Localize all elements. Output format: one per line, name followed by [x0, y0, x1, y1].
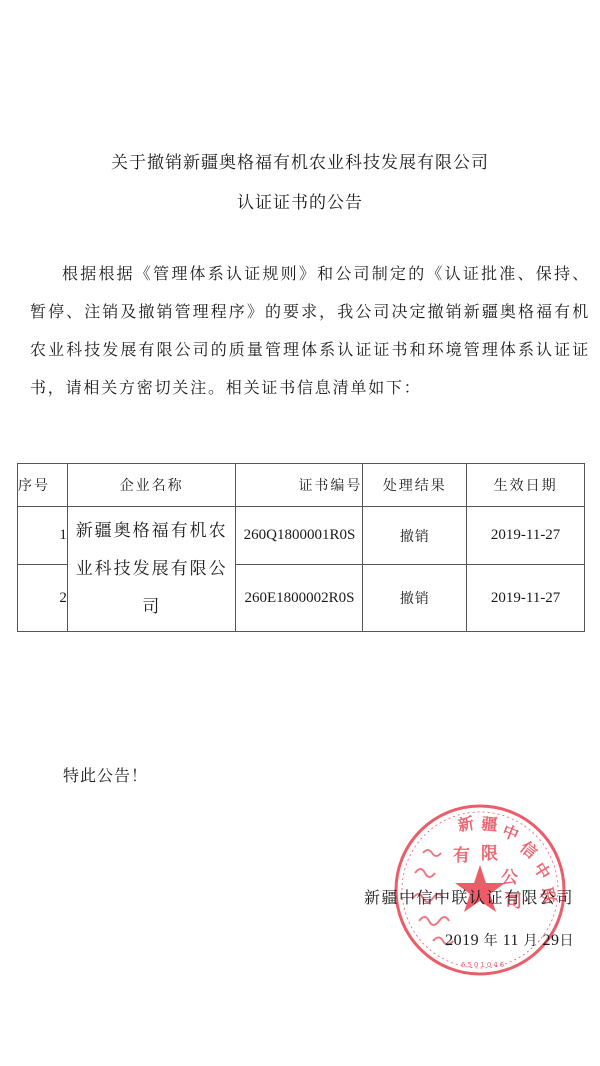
table-row: 1 新疆奥格福有机农业科技发展有限公司 260Q1800001R0S 撤销 20…	[18, 507, 585, 565]
notice-title-line2: 认证证书的公告	[0, 188, 600, 213]
date-day: 29	[543, 932, 560, 949]
signer-company: 新疆中信中联认证有限公司	[364, 885, 574, 908]
cert-number: 260E1800002R0S	[236, 565, 363, 632]
header-company-name: 企业名称	[67, 464, 236, 507]
body-paragraph: 根据根据《管理体系认证规则》和公司制定的《认证批准、保持、暂停、注销及撤销管理程…	[30, 255, 590, 407]
signature-date: 2019 年 11 月 29日	[445, 930, 574, 950]
header-effective-date: 生效日期	[467, 464, 585, 507]
table-header-row: 序号 企业名称 证书编号 处理结果 生效日期	[18, 464, 585, 507]
result: 撤销	[363, 565, 467, 632]
date-day-char: 日	[560, 933, 575, 949]
company-name-cell: 新疆奥格福有机农业科技发展有限公司	[67, 507, 236, 632]
svg-text:有: 有	[453, 845, 470, 866]
date-month-char: 月	[524, 933, 539, 949]
date-month: 11	[503, 932, 519, 949]
svg-text:新: 新	[456, 813, 475, 834]
svg-text:中: 中	[530, 859, 555, 883]
header-result: 处理结果	[363, 464, 467, 507]
svg-text:信: 信	[516, 838, 540, 863]
effective-date: 2019-11-27	[467, 507, 585, 565]
closing-remark: 特此公告！	[63, 763, 148, 786]
certificate-table: 序号 企业名称 证书编号 处理结果 生效日期 1 新疆奥格福有机农业科技发展有限…	[17, 463, 585, 632]
result: 撤销	[363, 507, 467, 565]
row-index: 2	[18, 565, 68, 632]
notice-title-line1: 关于撤销新疆奥格福有机农业科技发展有限公司	[0, 148, 600, 173]
svg-text:疆: 疆	[481, 814, 499, 834]
header-index: 序号	[18, 464, 68, 507]
svg-text:限: 限	[481, 844, 498, 864]
svg-text:中: 中	[500, 821, 522, 845]
date-year: 2019	[445, 932, 479, 949]
cert-number: 260Q1800001R0S	[236, 507, 363, 565]
header-cert-number: 证书编号	[236, 464, 363, 507]
seal-serial: 6501046	[461, 961, 506, 969]
effective-date: 2019-11-27	[467, 565, 585, 632]
date-year-char: 年	[484, 933, 499, 949]
row-index: 1	[18, 507, 68, 565]
